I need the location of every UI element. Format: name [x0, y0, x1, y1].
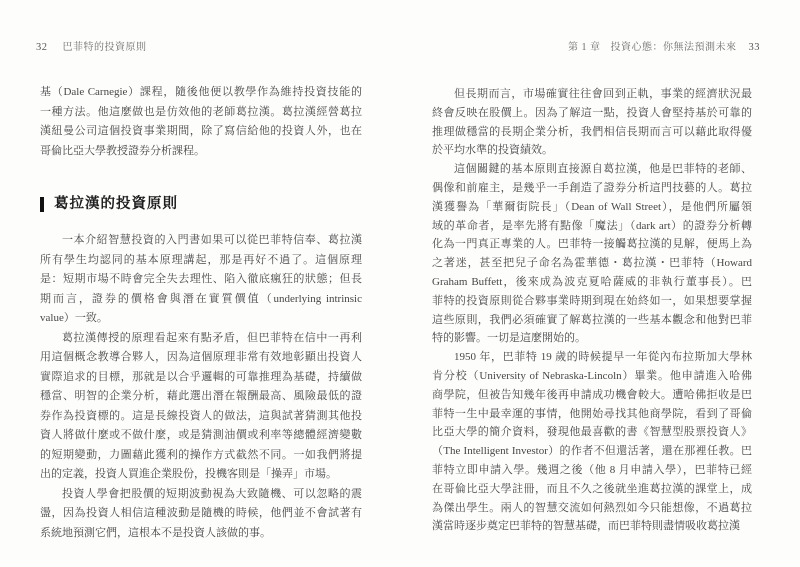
body-line: 漢當時逐步奠定巴菲特的智慧基礎，而巴菲特則盡情吸收葛拉漢 — [432, 517, 752, 536]
page-number-left: 32 — [36, 42, 48, 53]
page-right: 第 1 章投資心態：你無法預測未來33 但長期而言，市場確實往往會回到正軌，事業… — [400, 0, 800, 567]
paragraph: 基（Dale Carnegie）課程，隨後他便以教學作為維持投資技能的一種方法。… — [40, 83, 362, 161]
paragraph: 這個關鍵的基本原則直接源自葛拉漢，他是巴菲特的老師、偶像和前雇主，是幾乎一手創造… — [432, 160, 752, 348]
running-head-left: 32巴菲特的投資原則 — [36, 38, 147, 53]
paragraph: 投資人學會把股價的短期波動視為大致隨機、可以忽略的震盪，因為投資人相信這種波動是… — [40, 485, 362, 544]
body-line: 系統地預測它們，這根本不是投資人該做的事。 — [40, 524, 362, 544]
paragraph: 但長期而言，市場確實往往會回到正軌，事業的經濟狀況最終會反映在股價上。因為了解這… — [432, 85, 752, 160]
body-line: 用這個概念教導合夥人，因為這個原理非常有效地彰顯出投資人 — [40, 348, 362, 368]
body-line: 這些原則，我們必須確實了解葛拉漢的一些基本觀念和他對巴菲 — [432, 311, 752, 330]
body-line: 漢獲譽為「華爾街院長」（Dean of Wall Street），是他們所屬領 — [432, 198, 752, 217]
page-number-right: 33 — [749, 42, 761, 53]
section-heading: 葛拉漢的投資原則 — [40, 195, 362, 213]
body-line: 期而言，證券的價格會與潛在實質價值（underlying intrinsic — [40, 290, 362, 310]
body-line: 穩當、明智的企業分析，藉此選出潛在報酬最高、風險最低的證 — [40, 387, 362, 407]
section-heading-text: 葛拉漢的投資原則 — [54, 195, 178, 213]
body-line: Graham Buffett，後來成為波克夏哈薩威的非執行董事長）。巴 — [432, 273, 752, 292]
body-line: 哥倫比亞大學教授證券分析課程。 — [40, 142, 362, 162]
page-body-right: 但長期而言，市場確實往往會回到正軌，事業的經濟狀況最終會反映在股價上。因為了解這… — [432, 85, 752, 536]
body-line: 的短期變動，力圖藉此獲利的操作方式截然不同。一如我們將提 — [40, 446, 362, 466]
paragraph-group: 基（Dale Carnegie）課程，隨後他便以教學作為維持投資技能的一種方法。… — [40, 83, 362, 161]
running-title-right: 投資心態：你無法預測未來 — [611, 42, 737, 53]
body-line: 漢紐曼公司這個投資事業期間，除了寫信給他的投資人外，也在 — [40, 122, 362, 142]
paragraph: 一本介紹智慧投資的入門書如果可以從巴菲特信奉、葛拉漢所有學生均認同的基本原理講起… — [40, 231, 362, 329]
body-line: 一本介紹智慧投資的入門書如果可以從巴菲特信奉、葛拉漢 — [40, 231, 362, 251]
body-line: 在哥倫比亞大學註冊，而且不久之後就坐進葛拉漢的課堂上，成 — [432, 480, 752, 499]
body-line: 一種方法。他這麼做也是仿效他的老師葛拉漢。葛拉漢經營葛拉 — [40, 103, 362, 123]
body-line: 所有學生均認同的基本原理講起，那是再好不過了。這個原理 — [40, 251, 362, 271]
body-line: 終會反映在股價上。因為了解這一點，投資人會堅持基於可靠的 — [432, 104, 752, 123]
chapter-label: 第 1 章 — [568, 42, 601, 53]
paragraph: 1950 年，巴菲特 19 歲的時候提早一年從內布拉斯加大學林肯分校（Unive… — [432, 348, 752, 536]
body-line: value）一致。 — [40, 309, 362, 329]
body-line: 菲特的投資原則從合夥事業時期到現在始終如一，如果想要掌握 — [432, 292, 752, 311]
paragraph-group: 一本介紹智慧投資的入門書如果可以從巴菲特信奉、葛拉漢所有學生均認同的基本原理講起… — [40, 231, 362, 543]
body-line: 菲特立即申請入學。幾週之後（他 8 月申請入學），巴菲特已經 — [432, 461, 752, 480]
body-line: 域的革命者，是率先將有點像「魔法」（dark art）的證券分析轉 — [432, 217, 752, 236]
body-line: 比亞大學的簡介資料，發現他最喜歡的書《智慧型股票投資人》 — [432, 423, 752, 442]
body-line: 推理做穩當的長期企業分析，我們相信長期而言可以藉此取得優 — [432, 123, 752, 142]
body-line: 為傑出學生。兩人的智慧交流如何熱烈如今只能想像，不過葛拉 — [432, 499, 752, 518]
body-line: 之著迷，甚至把兒子命名為霍華德・葛拉漢・巴菲特（Howard — [432, 254, 752, 273]
body-line: （The Intelligent Investor）的作者不但還活著，還在那裡任… — [432, 442, 752, 461]
paragraph: 葛拉漢傳授的原理看起來有點矛盾，但巴菲特在信中一再利用這個概念教導合夥人，因為這… — [40, 329, 362, 485]
body-line: 偶像和前雇主，是幾乎一手創造了證券分析這門技藝的人。葛拉 — [432, 179, 752, 198]
body-line: 盪，因為投資人相信這種波動是隨機的時候，他們並不會試著有 — [40, 504, 362, 524]
body-line: 菲特一生中最幸運的事情，他開始尋找其他商學院，看到了哥倫 — [432, 405, 752, 424]
body-line: 資人將做什麼或不做什麼，或是猜測油價或利率等總體經濟變數 — [40, 426, 362, 446]
page-left: 32巴菲特的投資原則 基（Dale Carnegie）課程，隨後他便以教學作為維… — [0, 0, 400, 567]
body-line: 1950 年，巴菲特 19 歲的時候提早一年從內布拉斯加大學林 — [432, 348, 752, 367]
body-line: 實際追求的目標，那就是以合乎邏輯的可靠推理為基礎，持續做 — [40, 368, 362, 388]
body-line: 化為一門真正專業的人。巴菲特一接觸葛拉漢的見解，便馬上為 — [432, 235, 752, 254]
page-body-left: 基（Dale Carnegie）課程，隨後他便以教學作為維持投資技能的一種方法。… — [40, 83, 362, 543]
body-line: 於平均水準的投資績效。 — [432, 141, 752, 160]
running-title-left: 巴菲特的投資原則 — [63, 42, 147, 53]
body-line: 出的定義，投資人買進企業股份，投機客則是「操弄」市場。 — [40, 465, 362, 485]
body-line: 商學院，但被告知幾年後再申請成功機會較大。遭哈佛拒收是巴 — [432, 386, 752, 405]
body-line: 這個關鍵的基本原則直接源自葛拉漢，他是巴菲特的老師、 — [432, 160, 752, 179]
body-line: 特的影響。一切是這麼開始的。 — [432, 329, 752, 348]
body-line: 是：短期市場不時會完全失去理性、陷入徹底瘋狂的狀態；但長 — [40, 270, 362, 290]
body-line: 但長期而言，市場確實往往會回到正軌，事業的經濟狀況最 — [432, 85, 752, 104]
body-line: 券作為投資標的。這是長線投資人的做法，這與試著猜測其他投 — [40, 407, 362, 427]
body-line: 肯分校（University of Nebraska-Lincoln）畢業。他申… — [432, 367, 752, 386]
running-head-right: 第 1 章投資心態：你無法預測未來33 — [568, 38, 760, 53]
body-line: 基（Dale Carnegie）課程，隨後他便以教學作為維持投資技能的 — [40, 83, 362, 103]
body-line: 投資人學會把股價的短期波動視為大致隨機、可以忽略的震 — [40, 485, 362, 505]
body-line: 葛拉漢傳授的原理看起來有點矛盾，但巴菲特在信中一再利 — [40, 329, 362, 349]
paragraph-group: 但長期而言，市場確實往往會回到正軌，事業的經濟狀況最終會反映在股價上。因為了解這… — [432, 85, 752, 536]
heading-bar-icon — [40, 197, 44, 212]
book-spread: 32巴菲特的投資原則 基（Dale Carnegie）課程，隨後他便以教學作為維… — [0, 0, 800, 567]
